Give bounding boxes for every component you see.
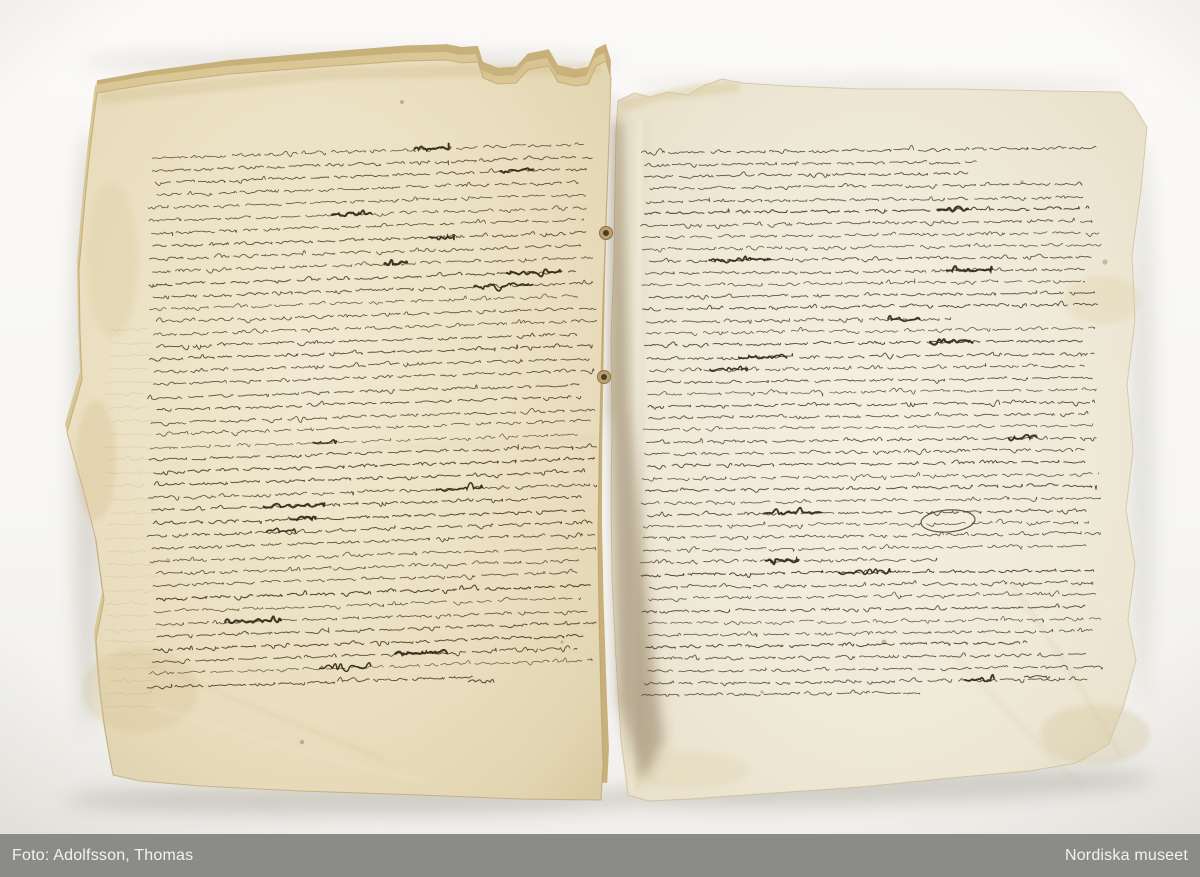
manuscript-photo bbox=[0, 0, 1200, 834]
credit-bar: Foto: Adolfsson, Thomas Nordiska museet bbox=[0, 834, 1200, 877]
photo-area bbox=[0, 0, 1200, 834]
vignette bbox=[0, 0, 1200, 834]
photographer-credit: Foto: Adolfsson, Thomas bbox=[12, 847, 193, 865]
institution-credit: Nordiska museet bbox=[1065, 847, 1188, 865]
archive-photo-viewer: Foto: Adolfsson, Thomas Nordiska museet bbox=[0, 0, 1200, 877]
